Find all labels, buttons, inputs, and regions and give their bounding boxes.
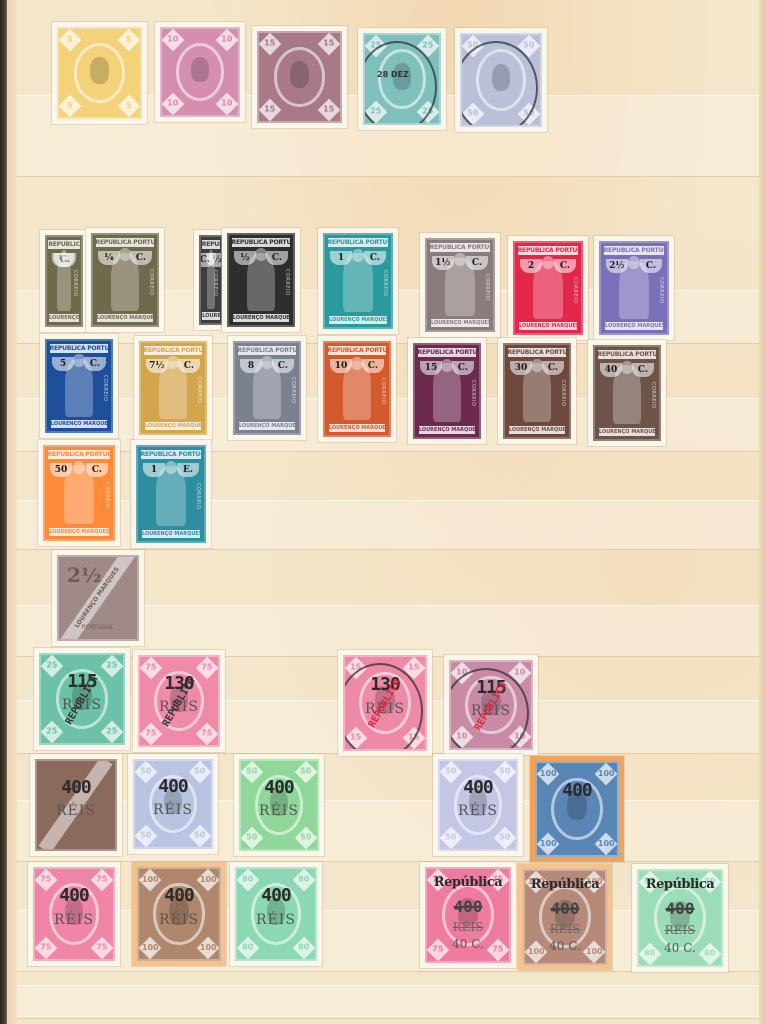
corner-value: 80 [298,940,309,956]
corner-value: 50 [140,828,151,844]
corner-value: 5 [126,98,132,114]
stamp[interactable]: 75757575400RÉIS [28,862,120,966]
ceres-figure [445,258,474,316]
value-corner: 100 [139,937,162,960]
corner-value: 25 [422,38,433,54]
stamp-design: REPUBLICA PORTUGUESA7½C.CORREIOLOURENÇO … [139,341,207,435]
value-corner: 10 [216,29,239,52]
stamp[interactable]: REPUBLICA PORTUGUESA1E.CORREIOLOURENÇO M… [131,440,211,548]
colony-banner: LOURENÇO MARQUES [431,319,489,327]
value-corner: 50 [135,825,158,848]
king-portrait [290,61,309,87]
value-corner: 5 [118,29,141,52]
stamp[interactable]: 50505050 [455,28,547,132]
correio-label: CORREIO [102,375,108,401]
stamp[interactable]: 10101010 [155,22,245,122]
value-corner: 15 [259,33,282,56]
stamp-design: REPUBLICA PORTUGUESA½C.CORREIOLOURENÇO M… [227,233,295,327]
stamp[interactable]: 75757575130REISREPUBLICA [133,650,225,752]
corner-value: 10 [167,96,178,112]
correio-label: CORREIO [148,269,154,295]
colony-banner: LOURENÇO MARQUES [419,426,475,434]
stamp-design: REPUBLICA PORTUGUESA50C.CORREIOLOURENÇO … [43,445,115,541]
ceres-figure [619,261,648,319]
stamp[interactable]: REPUBLICA PORTUGUESA¼C.CORREIOLOURENÇO M… [86,228,164,332]
stamp-design: REPUBLICA PORTUGUESA10C.CORREIOLOURENÇO … [323,341,391,437]
country-label: PORTUGAL [59,624,137,631]
corner-value: 50 [300,830,311,846]
value-corner: 100 [595,833,618,856]
corner-value: 100 [598,836,615,852]
correio-label: CORREIO [104,482,110,508]
value-corner: 10 [216,93,239,116]
correio-label: CORREIO [212,270,218,296]
corner-value: 100 [142,940,159,956]
overprint-value: 400 [35,885,113,906]
country-banner: REPUBLICA PORTUGUESA [50,344,109,353]
ceres-figure [57,255,72,311]
value-corner: 15 [259,99,282,122]
correio-label: CORREIO [382,270,388,296]
overprint-old-value: 400 [427,897,509,916]
correio-label: CORREIO [572,277,578,303]
corner-value: 100 [540,836,557,852]
postmark-date: 28 DEZ [377,70,409,79]
overprint-reis: RÉIS [440,803,516,819]
stamp[interactable]: 100100100100400RÉIS [132,862,226,966]
overprint-reis: RÉIS [241,803,317,819]
overprint-new-value: 40 C. [639,941,721,955]
stamp[interactable]: REPUBLICA PORTUGUESA30C.CORREIOLOURENÇO … [498,338,576,444]
ceres-figure [343,361,371,420]
correio-label: CORREIO [650,382,656,408]
stamp-design: REPUBLICA PORTUGUESA¼C.CORREIOLOURENÇO M… [45,235,83,327]
value-corner: 5 [59,95,82,118]
stamp[interactable]: 15151515 [252,26,347,128]
stamp[interactable]: REPUBLICA PORTUGUESA8C.CORREIOLOURENÇO M… [228,336,306,440]
value-corner: 10 [162,29,185,52]
album-spine [0,0,7,1024]
correio-label: CORREIO [72,270,78,296]
correio-label: CORREIO [484,274,490,300]
stamp[interactable]: REPUBLICA PORTUGUESA2½C.CORREIOLOURENÇO … [594,236,674,340]
stamp-design: 2525252528 DEZ [363,33,441,125]
stamp[interactable]: 80808080400RÉIS [230,862,322,966]
stamp[interactable]: REPUBLICA PORTUGUESA½C.CORREIOLOURENÇO M… [222,228,300,332]
corner-value: 50 [499,830,510,846]
stamp-design: 75757575130REISREPUBLICA [138,655,220,747]
album-binding [7,0,17,1024]
stamp-design: 25252525115REISREPUBLICA [39,653,125,745]
country-banner: REPUBLICA PORTUGUESA [518,246,579,255]
overprint-republica: República [525,877,605,892]
stamp[interactable]: 50505050400RÉIS [433,754,523,856]
colony-banner: LOURENÇO MARQUES [51,420,107,428]
corner-value: 50 [445,830,456,846]
country-banner: REPUBLICA PORTUGUESA [418,348,477,357]
correio-label: CORREIO [290,377,296,403]
overprint-new-value: 40 C. [427,937,509,951]
overprint-value: 400 [241,777,317,798]
country-banner: REPUBLICA PORTUGUESA [96,238,155,247]
colony-banner: LOURENÇO MARQUES [329,316,387,324]
corner-value: 50 [246,830,257,846]
denomination-value: 2½ [67,563,102,587]
stamp[interactable]: 100100100100400 [530,756,624,862]
stamp-design: 50505050400RÉIS [133,759,213,849]
overprint-reis: RÉIS [237,912,315,928]
stamp-design: 5555 [57,27,142,119]
stamp[interactable]: REPUBLICA PORTUGUESA¼C.CORREIOLOURENÇO M… [40,230,88,332]
value-corner: 75 [91,937,114,960]
stamp[interactable]: 25252525115REISREPUBLICA [34,648,130,750]
stamp-design: REPUBLICA PORTUGUESA1C.CORREIOLOURENÇO M… [323,233,393,329]
value-corner: 5 [59,29,82,52]
stamp[interactable]: 400RÉIS [30,754,122,856]
stamp-design: REPUBLICA PORTUGUESA2½C.CORREIOLOURENÇO … [599,241,669,335]
correio-label: CORREIO [470,380,476,406]
corner-value: 50 [523,38,534,54]
country-banner: REPUBLICA PORTUGUESA [328,346,387,355]
corner-value: 5 [67,32,73,48]
colony-banner: LOURENÇO MARQUES [233,314,289,322]
overprint-value: 400 [135,776,211,797]
overprint-value: 400 [440,777,516,798]
value-corner: 15 [318,99,341,122]
colony-banner: LOURENÇO MARQUES [329,424,385,432]
stamp-design: 10101010115REISREPUBLICA [449,660,533,750]
country-banner: REPUBLICA PORTUGUESA [48,240,79,249]
king-portrait [90,57,109,83]
overprint-value: 400 [139,885,219,906]
correio-label: CORREIO [284,269,290,295]
stamp[interactable]: REPUBLICA PORTUGUESA1C.CORREIOLOURENÇO M… [318,228,398,334]
correio-label: CORREIO [380,378,386,404]
overprint-value: 400 [37,777,115,798]
country-banner: REPUBLICA PORTUGUESA [604,246,665,255]
value-corner: 10 [162,93,185,116]
stamp[interactable]: REPUBLICA PORTUGUESA10C.CORREIOLOURENÇO … [318,336,396,442]
ceres-figure [533,261,562,319]
stamp[interactable]: REPUBLICA PORTUGUESA2C.CORREIOLOURENÇO M… [508,236,588,340]
value-corner: 50 [189,825,212,848]
value-corner: 25 [101,721,124,744]
ceres-figure [64,465,94,524]
stamp-design: 15151515 [257,31,342,123]
stamp[interactable]: REPUBLICA PORTUGUESA40C.CORREIOLOURENÇO … [588,340,666,446]
stamp-design: 80808080400RÉIS [235,867,317,961]
corner-value: 10 [221,96,232,112]
colony-banner: LOURENÇO MARQUES [599,428,655,436]
stamp-design: 75757575República400RÉIS40 C. [425,867,511,963]
stamp-design: 100100100100400RÉIS [137,867,221,961]
stamp[interactable]: 50505050400RÉIS [234,754,324,856]
overprint-old-value: 400 [639,899,721,918]
stamp-design: 50505050400RÉIS [438,759,518,851]
correio-label: CORREIO [560,380,566,406]
stamp[interactable]: 75757575República400RÉIS40 C. [420,862,516,968]
stamp[interactable]: 2½LOURENÇO MARQUESPORTUGAL [52,550,144,646]
colony-banner: LOURENÇO MARQUES [519,322,577,330]
stamp-design: 2½LOURENÇO MARQUESPORTUGAL [57,555,139,641]
album-page: 555510101010151515152525252528 DEZ505050… [0,0,765,1024]
stock-strip [17,985,759,1019]
corner-value: 10 [221,32,232,48]
stamp-design: REPUBLICA PORTUGUESA5C.CORREIOLOURENÇO M… [45,339,113,433]
corner-value: 15 [264,36,275,52]
country-banner: REPUBLICA PORTUGUESA [202,240,220,249]
colony-banner: LOURENÇO MARQUES [49,314,79,322]
stamp[interactable]: REPUBLICA PORTUGUESA50C.CORREIOLOURENÇO … [38,440,120,546]
country-banner: REPUBLICA PORTUGUESA [598,350,657,359]
stamp-design: 100100100100400 [535,761,619,857]
corner-value: 75 [96,940,107,956]
corner-value: 15 [323,102,334,118]
overprint-value: 400 [537,780,617,801]
overprint-reis: RÉIS [139,912,219,928]
stamp-design: REPUBLICA PORTUGUESA40C.CORREIOLOURENÇO … [593,345,661,441]
colony-banner: LOURENÇO MARQUES [145,422,201,430]
country-banner: REPUBLICA PORTUGUESA [430,243,491,252]
ceres-figure [65,359,93,417]
stamp-design: 10101010 [160,27,240,117]
ceres-figure [343,253,372,312]
overprint-reis: RÉIS [639,923,721,937]
stamp-design: REPUBLICA PORTUGUESA30C.CORREIOLOURENÇO … [503,343,571,439]
stamp[interactable]: 50505050400RÉIS [128,754,218,854]
overprint-reis: RÉIS [427,920,509,934]
value-corner: 5 [118,95,141,118]
overprint-reis: RÉIS [35,912,113,928]
correio-label: CORREIO [196,377,202,403]
colony-banner: LOURENÇO MARQUES [97,314,153,322]
stamp-design: REPUBLICA PORTUGUESA15C.CORREIOLOURENÇO … [413,343,481,439]
corner-value: 50 [194,828,205,844]
stamp-design: REPUBLICA PORTUGUESA1½C.CORREIOLOURENÇO … [425,238,495,332]
value-corner: 100 [197,937,220,960]
stamp-design: REPUBLICA PORTUGUESA2C.CORREIOLOURENÇO M… [513,241,583,335]
stamp[interactable]: 15151515130REISREPUBLICA [338,650,432,756]
stamp[interactable]: REPUBLICA PORTUGUESA1½C.CORREIOLOURENÇO … [420,233,500,337]
corner-value: 10 [167,32,178,48]
ceres-figure [159,361,187,419]
colony-banner: LOURENÇO MARQUES [202,312,220,320]
country-banner: REPUBLICA PORTUGUESA [328,238,389,247]
stamp[interactable]: REPUBLICA PORTUGUESA5C.CORREIOLOURENÇO M… [40,334,118,438]
corner-value: 15 [264,102,275,118]
value-corner: 50 [295,827,318,850]
stamp-design: REPUBLICA PORTUGUESA½C.CORREIOLOURENÇO M… [199,235,223,325]
ceres-figure [613,365,641,424]
ceres-figure [247,253,275,311]
stock-strip [17,500,759,550]
ceres-figure [523,363,551,422]
stamp[interactable]: 100100100100República400RÉIS40 C. [518,864,612,970]
stamp[interactable]: 5555 [52,22,147,124]
stamp-design: 15151515130REISREPUBLICA [343,655,427,751]
country-banner: REPUBLICA PORTUGUESA [238,346,297,355]
corner-value: 5 [67,98,73,114]
stamp[interactable]: REPUBLICA PORTUGUESA15C.CORREIOLOURENÇO … [408,338,486,444]
corner-value: 75 [40,940,51,956]
value-corner: 100 [537,833,560,856]
ceres-figure [433,363,461,422]
value-corner: 75 [35,937,58,960]
colony-banner: LOURENÇO MARQUES [49,528,109,536]
stamp[interactable]: REPUBLICA PORTUGUESA7½C.CORREIOLOURENÇO … [134,336,212,440]
correio-label: CORREIO [658,277,664,303]
stamp-design: REPUBLICA PORTUGUESA1E.CORREIOLOURENÇO M… [136,445,206,543]
country-banner: REPUBLICA PORTUGUESA [141,450,202,459]
overprint-new-value: 40 C. [525,939,605,953]
corner-value: 75 [201,726,212,742]
overprint-reis: RÉIS [525,922,605,936]
colony-banner: LOURENÇO MARQUES [509,426,565,434]
corner-value: 5 [126,32,132,48]
stamp[interactable]: 80808080República400RÉIS40 C. [632,864,728,972]
value-corner: 75 [196,723,219,746]
stamp-design: 100100100100República400RÉIS40 C. [523,869,607,965]
overprint-republica: República [427,875,509,890]
corner-value: 80 [242,940,253,956]
colony-banner: LOURENÇO MARQUES [142,530,200,538]
value-corner: 50 [440,827,463,850]
value-corner: 80 [237,937,260,960]
stamp[interactable]: 10101010115REISREPUBLICA [444,655,538,755]
overprint-reis: RÉIS [37,803,115,819]
stamp-design: REPUBLICA PORTUGUESA¼C.CORREIOLOURENÇO M… [91,233,159,327]
stamp-design: 50505050 [460,33,542,127]
corner-value: 100 [200,940,217,956]
value-corner: 50 [494,827,517,850]
king-portrait [191,57,209,83]
value-corner: 15 [318,33,341,56]
corner-value: 25 [106,724,117,740]
corner-value: 15 [323,36,334,52]
colony-banner: LOURENÇO MARQUES [239,422,295,430]
country-banner: REPUBLICA PORTUGUESA [48,450,111,459]
stamp[interactable]: 2525252528 DEZ [358,28,446,130]
page-edge [759,0,765,1024]
ceres-figure [253,361,281,419]
stamp-design: 80808080República400RÉIS40 C. [637,869,723,967]
overprint-reis: RÉIS [135,802,211,818]
value-corner: 50 [241,827,264,850]
stamp-design: REPUBLICA PORTUGUESA8C.CORREIOLOURENÇO M… [233,341,301,435]
overprint-republica: República [639,877,721,892]
stamp-design: 400RÉIS [35,759,117,851]
country-banner: REPUBLICA PORTUGUESA [508,348,567,357]
stamp-design: 75757575400RÉIS [33,867,115,961]
overprint-value: 400 [237,885,315,906]
correio-label: CORREIO [195,483,201,509]
country-banner: REPUBLICA PORTUGUESA [144,346,203,355]
overprint-old-value: 400 [525,899,605,918]
value-corner: 80 [293,937,316,960]
ceres-figure [111,253,139,311]
colony-banner: LOURENÇO MARQUES [605,322,663,330]
country-banner: REPUBLICA PORTUGUESA [232,238,291,247]
ceres-figure [156,466,185,526]
stamp-design: 50505050400RÉIS [239,759,319,851]
corner-value: 25 [46,724,57,740]
